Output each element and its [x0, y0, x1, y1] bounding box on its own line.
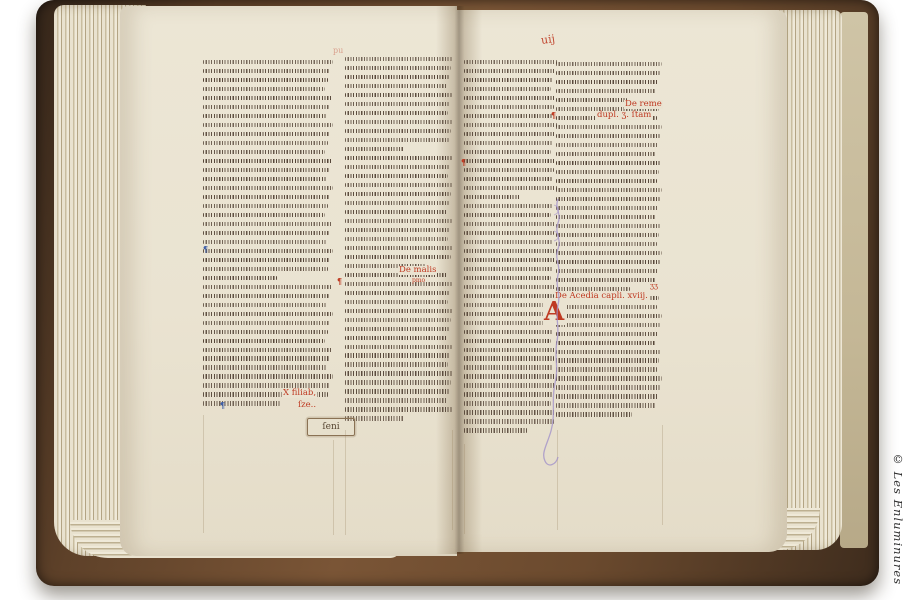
paraph-mark: ¶ [203, 245, 208, 253]
quire-mark: pu [333, 47, 343, 55]
ruling-line [345, 430, 346, 535]
red-superscript: pmo [412, 278, 425, 284]
catchword-text: ſeni [322, 422, 339, 432]
folio-number: uij [540, 33, 555, 46]
paraph-mark: ¶ [461, 158, 466, 166]
ruling-line [557, 430, 558, 530]
line-end-squiggle: ʒʒ [650, 283, 658, 290]
ruling-line [452, 430, 453, 530]
paraph-mark: ¶ [337, 277, 342, 285]
right-page-column-1 [464, 60, 557, 437]
catchword-cartouche: ſeni [307, 418, 355, 436]
paraph-mark: ¶ [220, 401, 225, 409]
red-phrase: X filiab, [282, 389, 317, 398]
left-page-column-1 [203, 60, 333, 410]
rubric-de-reme: De reme [624, 100, 663, 109]
illuminated-initial-a: A [543, 299, 565, 325]
rubric-de-malis: De malis [398, 266, 437, 275]
ruling-line [464, 444, 465, 534]
ruling-line [203, 415, 204, 533]
pastedown-strip [840, 12, 868, 548]
ruling-line [333, 440, 334, 535]
red-line-end: ſze.. [298, 401, 316, 410]
ruling-line [662, 425, 663, 525]
left-page-column-2 [345, 57, 453, 425]
paraph-mark: ¶ [551, 111, 556, 119]
manuscript-photo: uij pu ¶ De malis ¶ pmo X filiab, ¶ ſze.… [0, 0, 907, 600]
chapter-rubric-acedia: De Acedia capli. xviij. [554, 292, 649, 301]
rubric-continuation: dupl. ʒ. ſtam [596, 111, 652, 120]
photo-credit: © Les Enluminures [891, 452, 905, 585]
